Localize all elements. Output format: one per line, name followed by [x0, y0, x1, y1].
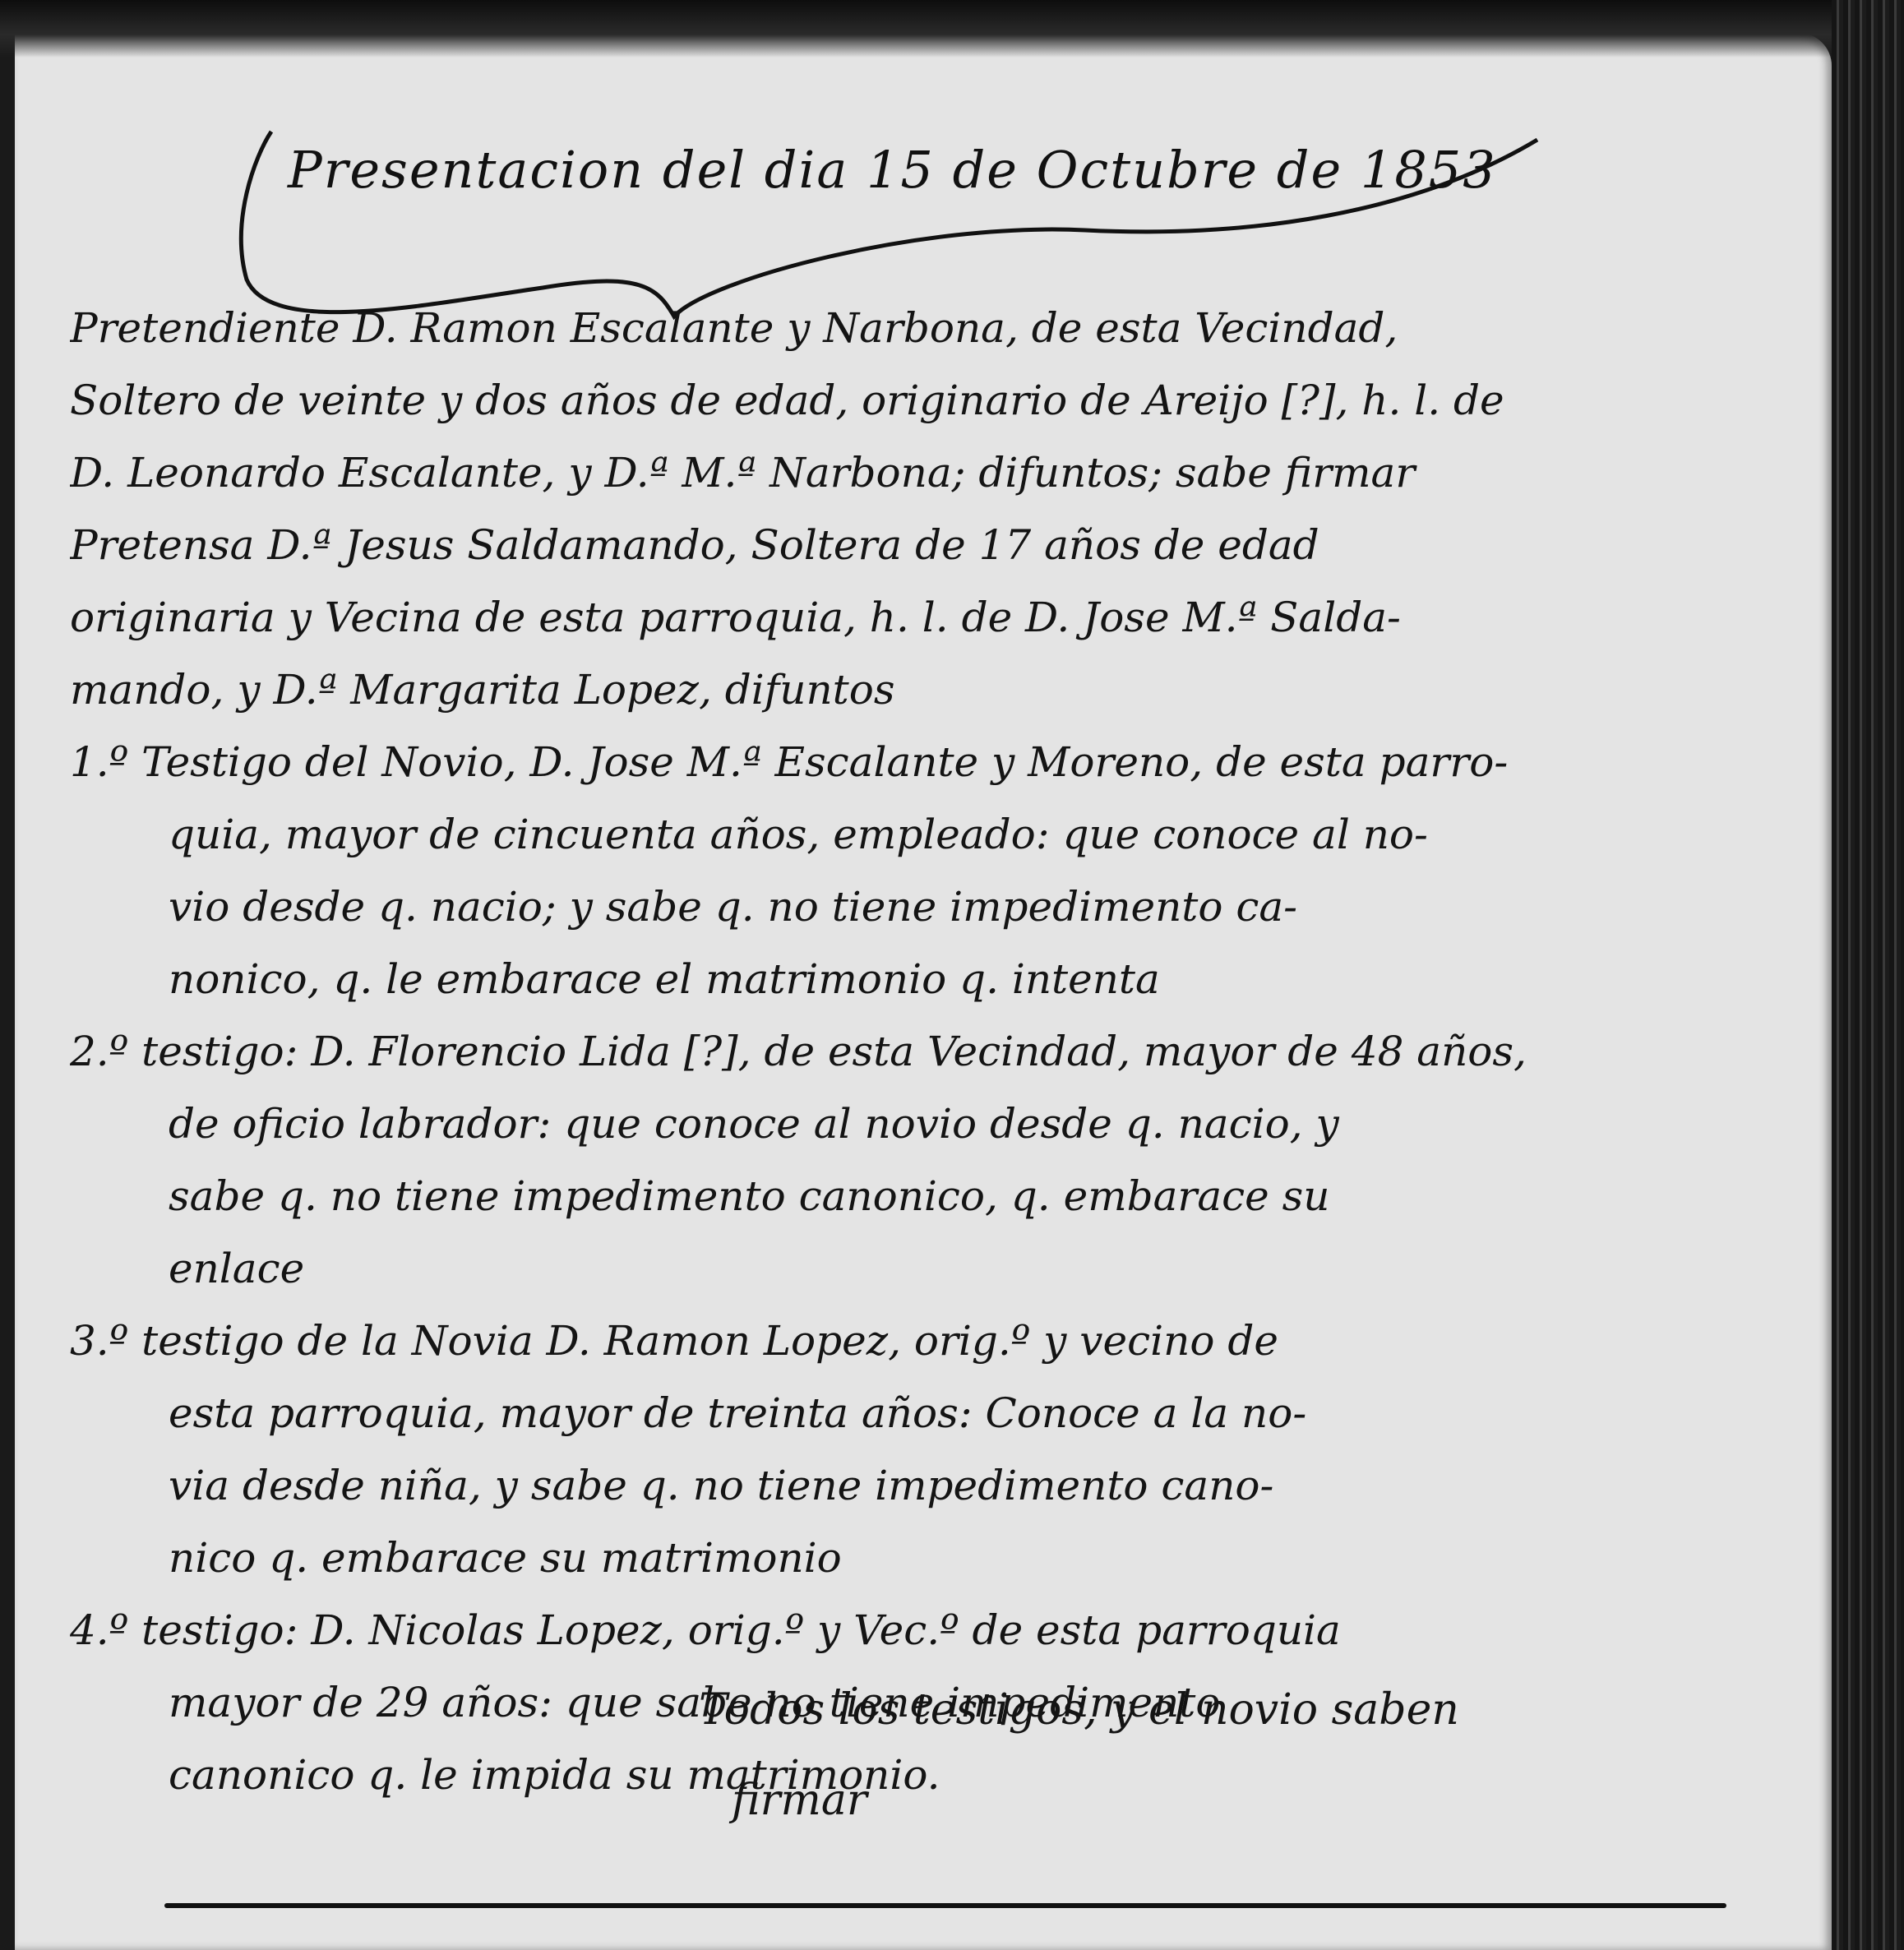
page-top-edge: [0, 0, 1904, 58]
body-line: canonico q. le impida su matrimonio.: [70, 1739, 1780, 1811]
body-line: vio desde q. nacio; y sabe q. no tiene i…: [70, 871, 1780, 943]
body-line: 1.º Testigo del Novio, D. Jose M.ª Escal…: [70, 726, 1780, 798]
body-line: via desde niña, y sabe q. no tiene imped…: [70, 1449, 1780, 1522]
body-line: 3.º testigo de la Novia D. Ramon Lopez, …: [70, 1305, 1780, 1377]
body-line: sabe q. no tiene impedimento canonico, q…: [70, 1160, 1780, 1232]
body-line: quia, mayor de cincuenta años, empleado:…: [70, 798, 1780, 871]
body-line: mando, y D.ª Margarita Lopez, difuntos: [70, 654, 1780, 726]
record-body: Pretendiente D. Ramon Escalante y Narbon…: [70, 292, 1780, 1811]
body-line: 4.º testigo: D. Nicolas Lopez, orig.º y …: [70, 1594, 1780, 1666]
body-line: originaria y Vecina de esta parroquia, h…: [70, 581, 1780, 654]
body-line: Pretensa D.ª Jesus Saldamando, Soltera d…: [70, 509, 1780, 581]
closing-statement: Todos los testigos, y el novio saben: [699, 1685, 1459, 1735]
body-line: D. Leonardo Escalante, y D.ª M.ª Narbona…: [70, 437, 1780, 509]
body-line: esta parroquia, mayor de treinta años: C…: [70, 1377, 1780, 1449]
body-line: enlace: [70, 1232, 1780, 1305]
closing-statement-end: firmar: [732, 1776, 867, 1825]
body-line: de oficio labrador: que conoce al novio …: [70, 1088, 1780, 1160]
body-line: nico q. embarace su matrimonio: [70, 1522, 1780, 1594]
body-line: Pretendiente D. Ramon Escalante y Narbon…: [70, 292, 1780, 364]
closing-rule: [164, 1903, 1726, 1908]
body-line: nonico, q. le embarace el matrimonio q. …: [70, 943, 1780, 1015]
book-binding-edge: [1832, 0, 1904, 1950]
body-line: Soltero de veinte y dos años de edad, or…: [70, 364, 1780, 437]
record-title: Presentacion del dia 15 de Octubre de 18…: [288, 140, 1497, 200]
body-line: 2.º testigo: D. Florencio Lida [?], de e…: [70, 1015, 1780, 1088]
